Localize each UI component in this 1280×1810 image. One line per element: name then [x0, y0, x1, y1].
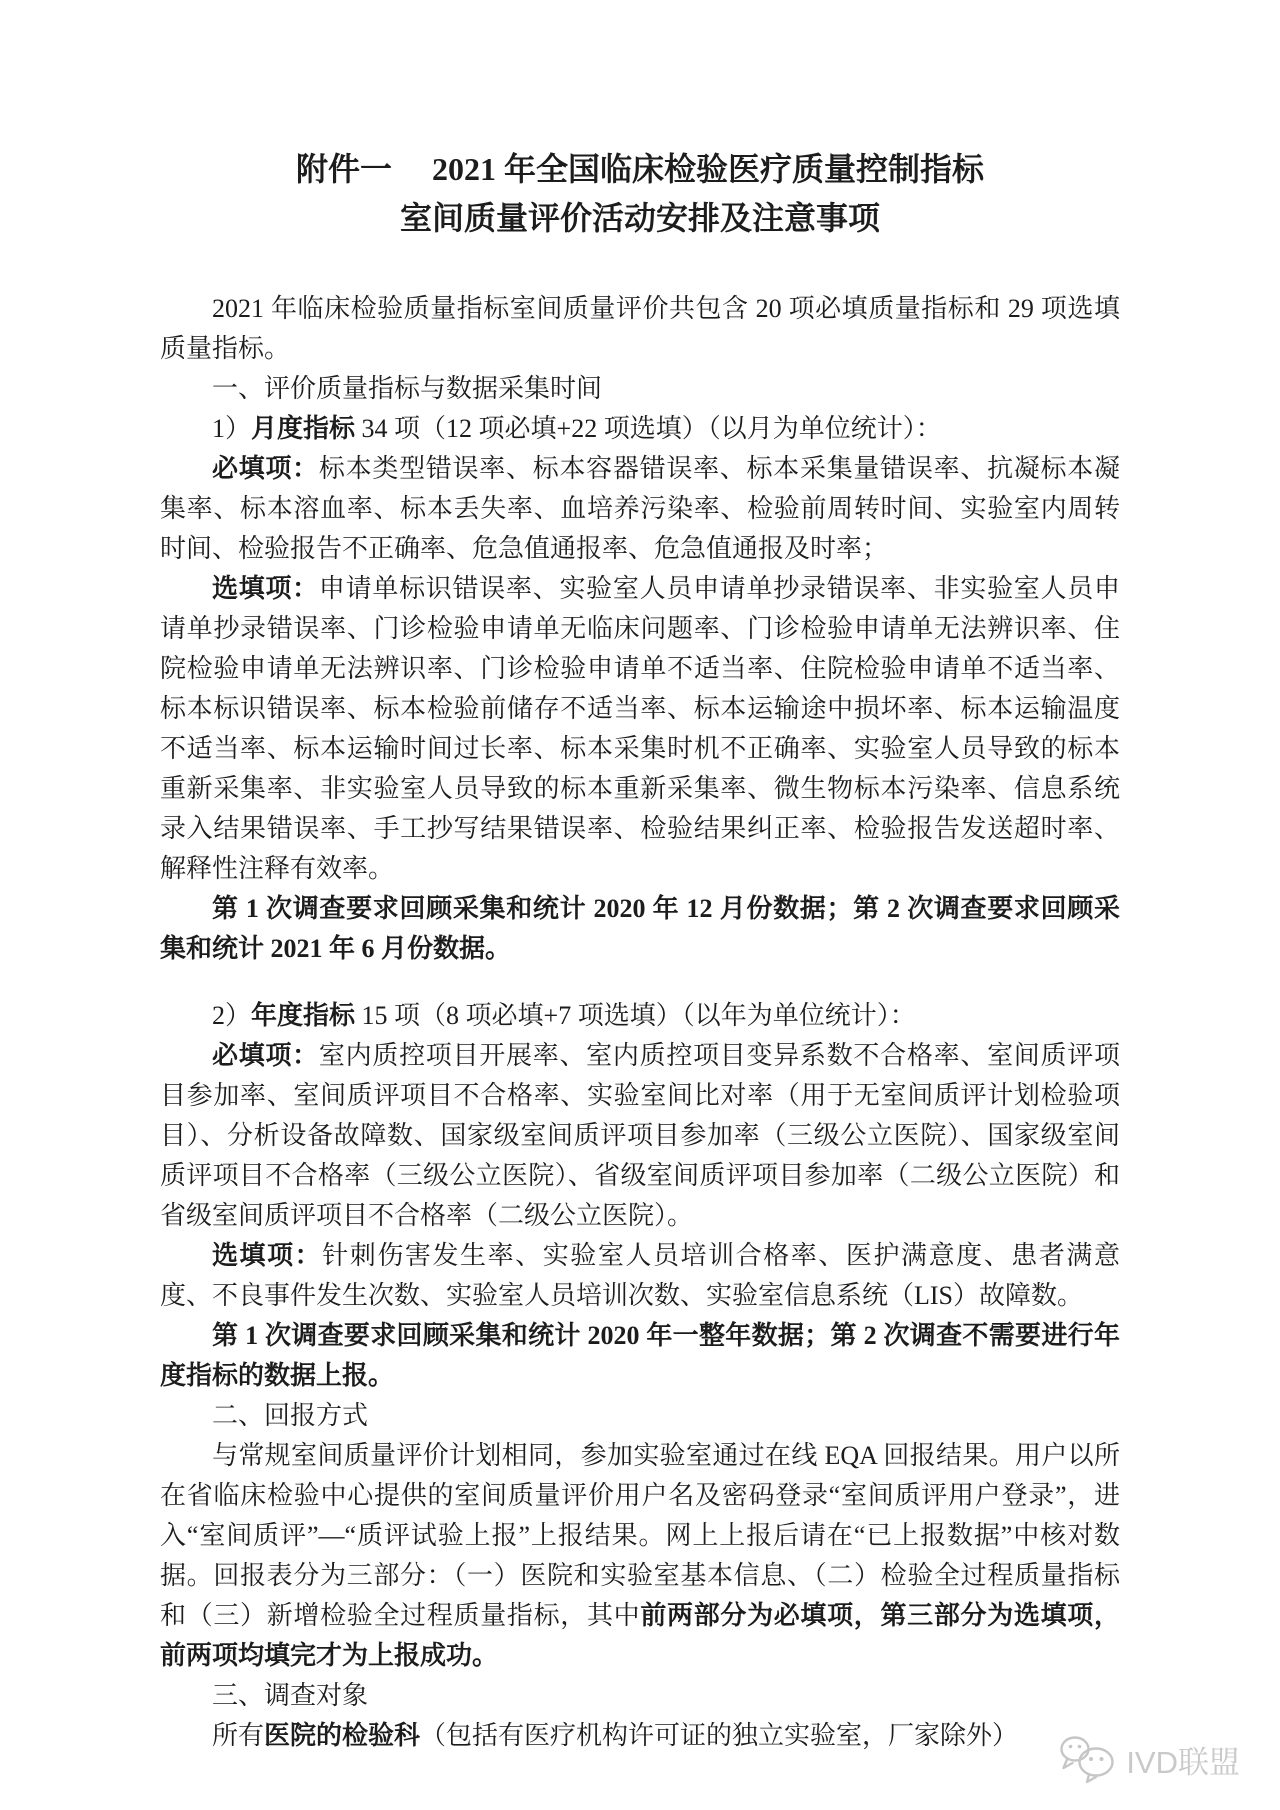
section-2-heading: 二、回报方式 — [160, 1396, 1120, 1436]
monthly-optional-items: 选填项：申请单标识错误率、实验室人员申请单抄录错误率、非实验室人员申请单抄录错误… — [160, 569, 1120, 889]
annual-optional-label: 选填项： — [212, 1241, 322, 1270]
annual-optional-items: 选填项：针刺伤害发生率、实验室人员培训合格率、医护满意度、患者满意度、不良事件发… — [160, 1236, 1120, 1316]
annual-required-label: 必填项： — [212, 1041, 319, 1070]
document-content: 附件一 2021 年全国临床检验医疗质量控制指标 室间质量评价活动安排及注意事项… — [160, 0, 1120, 1756]
monthly-survey-note: 第 1 次调查要求回顾采集和统计 2020 年 12 月份数据；第 2 次调查要… — [160, 889, 1120, 969]
intro-text: 2021 年临床检验质量指标室间质量评价共包含 20 项必填质量指标和 29 项… — [160, 294, 1120, 363]
required-label: 必填项： — [212, 454, 319, 483]
title-line-1: 附件一 2021 年全国临床检验医疗质量控制指标 — [160, 145, 1120, 194]
annual-required-items: 必填项：室内质控项目开展率、室内质控项目变异系数不合格率、室间质评项目参加率、室… — [160, 1036, 1120, 1236]
paragraph-intro: 2021 年临床检验质量指标室间质量评价共包含 20 项必填质量指标和 29 项… — [160, 289, 1120, 369]
annual-survey-note-text: 第 1 次调查要求回顾采集和统计 2020 年一整年数据；第 2 次调查不需要进… — [160, 1321, 1120, 1390]
section-1-heading-text: 一、评价质量指标与数据采集时间 — [212, 374, 602, 403]
section-1-heading: 一、评价质量指标与数据采集时间 — [160, 369, 1120, 409]
monthly-required-items: 必填项：标本类型错误率、标本容器错误率、标本采集量错误率、抗凝标本凝集率、标本溶… — [160, 449, 1120, 569]
survey-targets-suffix: （包括有医疗机构许可证的独立实验室，厂家除外） — [420, 1721, 1018, 1750]
monthly-survey-note-text: 第 1 次调查要求回顾采集和统计 2020 年 12 月份数据；第 2 次调查要… — [160, 894, 1120, 963]
monthly-optional-list: 申请单标识错误率、实验室人员申请单抄录错误率、非实验室人员申请单抄录错误率、门诊… — [160, 574, 1120, 883]
section-3-heading-text: 三、调查对象 — [212, 1681, 368, 1710]
monthly-prefix: 1） — [212, 414, 251, 443]
watermark: IVD联盟 — [1056, 1734, 1240, 1784]
monthly-indicators-label: 月度指标 — [251, 414, 355, 443]
survey-targets-prefix: 所有 — [212, 1721, 264, 1750]
page-title: 附件一 2021 年全国临床检验医疗质量控制指标 室间质量评价活动安排及注意事项 — [160, 145, 1120, 243]
annual-prefix: 2） — [212, 1001, 251, 1030]
annual-survey-note: 第 1 次调查要求回顾采集和统计 2020 年一整年数据；第 2 次调查不需要进… — [160, 1316, 1120, 1396]
survey-targets-paragraph: 所有医院的检验科（包括有医疗机构许可证的独立实验室，厂家除外） — [160, 1716, 1120, 1756]
survey-targets-bold: 医院的检验科 — [264, 1721, 420, 1750]
reporting-method-paragraph: 与常规室间质量评价计划相同，参加实验室通过在线 EQA 回报结果。用户以所在省临… — [160, 1436, 1120, 1676]
document-body: 2021 年临床检验质量指标室间质量评价共包含 20 项必填质量指标和 29 项… — [160, 289, 1120, 1756]
annual-counts: 15 项（8 项必填+7 项选填）（以年为单位统计）： — [355, 1001, 916, 1030]
annual-indicators-label: 年度指标 — [251, 1001, 355, 1030]
section-3-heading: 三、调查对象 — [160, 1676, 1120, 1716]
wechat-icon — [1056, 1734, 1118, 1784]
document-page: 附件一 2021 年全国临床检验医疗质量控制指标 室间质量评价活动安排及注意事项… — [0, 0, 1280, 1810]
section-2-heading-text: 二、回报方式 — [212, 1401, 368, 1430]
title-line-2: 室间质量评价活动安排及注意事项 — [160, 194, 1120, 243]
watermark-text: IVD联盟 — [1126, 1737, 1240, 1782]
annual-indicators-line: 2）年度指标 15 项（8 项必填+7 项选填）（以年为单位统计）： — [160, 996, 1120, 1036]
monthly-indicators-line: 1）月度指标 34 项（12 项必填+22 项选填）（以月为单位统计）： — [160, 409, 1120, 449]
optional-label: 选填项： — [212, 574, 319, 603]
monthly-counts: 34 项（12 项必填+22 项选填）（以月为单位统计）： — [355, 414, 942, 443]
